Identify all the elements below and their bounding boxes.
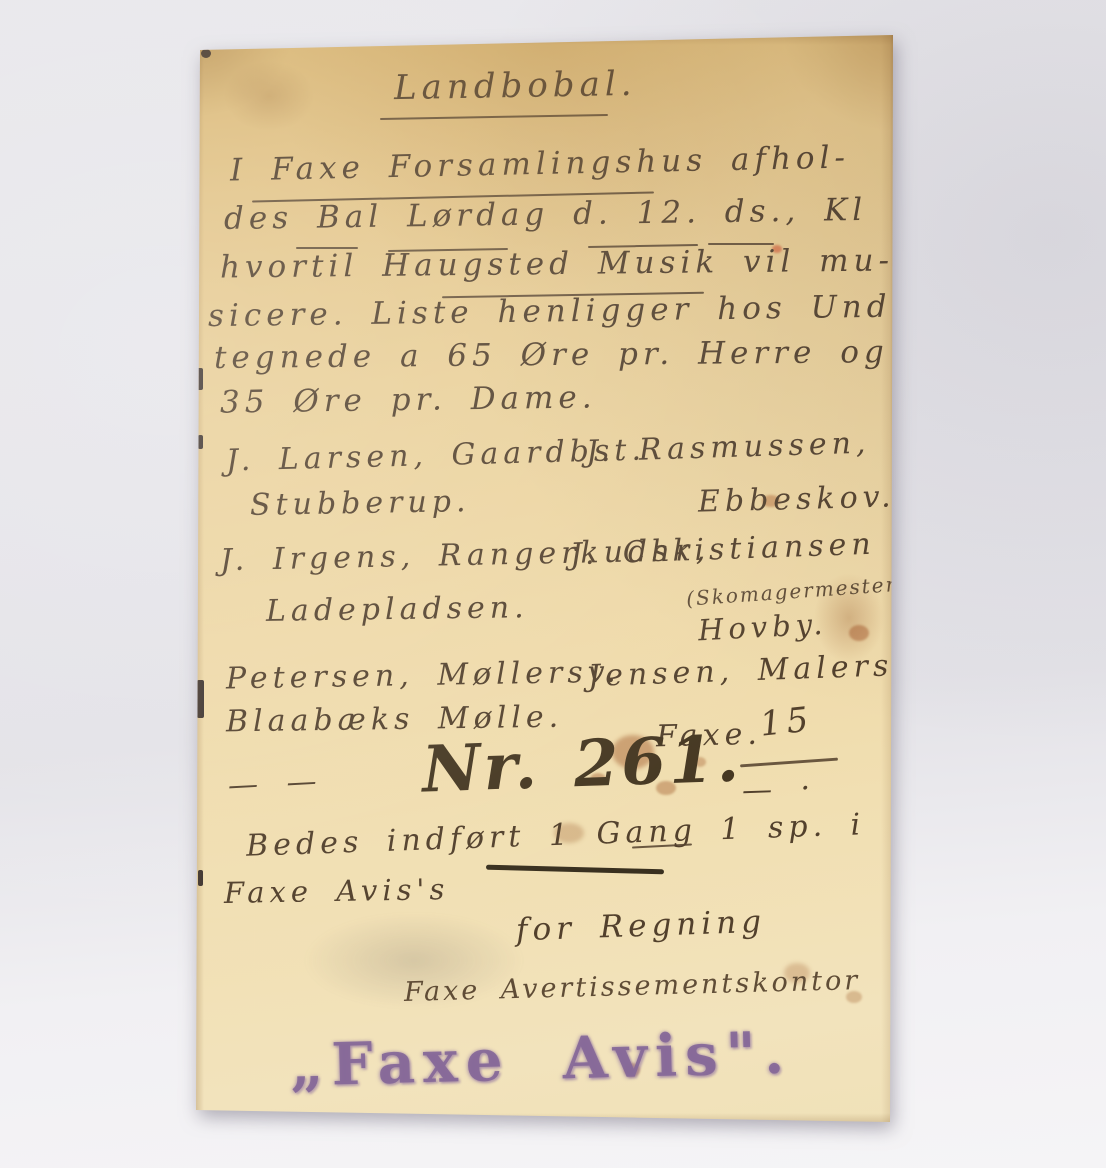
corner-chip	[201, 49, 211, 58]
signature-2-place: Ebbeskov.	[698, 482, 896, 517]
gang-thick-underline	[486, 865, 664, 875]
body-line-3: hvortil Haugsted Musik vil mu-	[220, 245, 894, 283]
binding-mark	[197, 680, 204, 718]
body-line-1: I Faxe Forsamlingshus afhol-	[230, 143, 850, 187]
publication-name: Faxe Avis's	[224, 875, 450, 908]
photograph-of-document: Landbobal. I Faxe Forsamlingshus afhol- …	[0, 0, 1106, 1168]
signature-3-place: Ladepladsen.	[266, 593, 529, 627]
signature-4-place: Hovby.	[697, 610, 828, 646]
number-right-dash: — ·	[741, 774, 815, 807]
agency-name: Faxe Avertissementskontor	[404, 967, 861, 1006]
signature-4-name: J. Christiansen	[570, 530, 877, 571]
body-line-5: tegnede a 65 Øre pr. Herre og	[214, 337, 889, 374]
stain	[849, 625, 869, 641]
signature-1-name: J. Larsen, Gaardbst.	[226, 436, 647, 477]
signature-4-note: (Skomagermester)	[686, 573, 908, 608]
for-account: for Regning	[516, 907, 767, 947]
instruction-line: Bedes indført 1 Gang 1 sp. i	[246, 810, 866, 862]
title-underline	[380, 114, 608, 120]
binding-mark	[198, 870, 203, 886]
binding-mark	[197, 368, 203, 390]
stain	[224, 61, 314, 131]
signature-5-name: Petersen, Møllersv.	[226, 658, 621, 695]
document-title: Landbobal.	[394, 67, 637, 105]
body-line-4: sicere. Liste henligger hos Under-	[208, 291, 951, 332]
number-left-dash: — —	[227, 767, 322, 802]
document-paper: Landbobal. I Faxe Forsamlingshus afhol- …	[194, 33, 895, 1125]
signature-1-place: Stubberup.	[250, 487, 471, 521]
body-line-2: des Bal Lørdag d. 12. ds., Kl 7,	[224, 194, 931, 235]
signature-6-name: Jensen, Malersvend	[588, 648, 987, 692]
faxe-avis-stamp: „Faxe Avis".	[289, 1018, 793, 1099]
order-number: Nr. 261.	[421, 727, 743, 802]
signature-2-name: J. Rasmussen,	[586, 429, 871, 468]
count-underline	[740, 758, 838, 768]
signature-6-count: 15	[758, 702, 815, 741]
binding-mark	[198, 435, 203, 449]
paper-shadow-wrap: Landbobal. I Faxe Forsamlingshus afhol- …	[194, 33, 895, 1125]
body-line-6: 35 Øre pr. Dame.	[220, 382, 597, 418]
